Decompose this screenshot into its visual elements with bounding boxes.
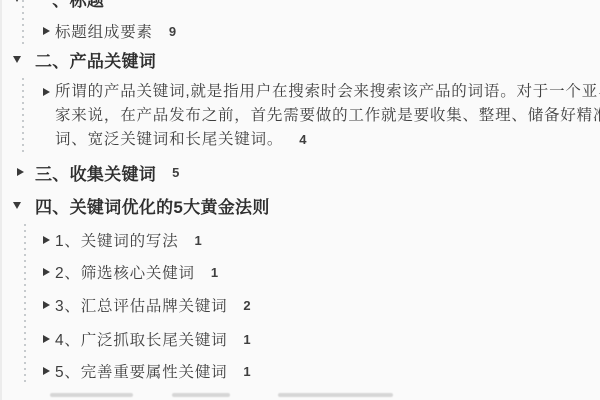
descendant-count-badge: 2: [243, 298, 250, 313]
heading-text[interactable]: 四、关键词优化的5大黄金法则: [35, 193, 270, 218]
heading-text[interactable]: 一、标题: [35, 0, 104, 11]
expand-arrow-icon[interactable]: [43, 27, 55, 35]
expand-arrow-icon[interactable]: [43, 88, 55, 96]
descendant-count-badge: 1: [195, 233, 202, 248]
heading-text[interactable]: 二、产品关键词: [35, 47, 156, 72]
outline-heading-section-1[interactable]: 一、标题: [13, 0, 104, 10]
collapse-toggle-icon[interactable]: [13, 0, 35, 2]
expand-arrow-icon[interactable]: [43, 236, 55, 244]
outline-heading-section-4[interactable]: 四、关键词优化的5大黄金法则: [13, 193, 270, 217]
outline-item-rule-1[interactable]: 1、关键词的写法 1: [43, 228, 202, 252]
outline-heading-section-3[interactable]: 三、收集关键词 5: [13, 160, 179, 184]
clipped-bottom-text-fragment: [172, 393, 230, 397]
expand-arrow-icon[interactable]: [43, 335, 55, 343]
outline-note-paragraph[interactable]: 所谓的产品关键词,就是指用户在搜索时会来搜索该产品的词语。对于一个亚马 家来说，…: [43, 80, 600, 152]
collapse-toggle-icon[interactable]: [13, 56, 35, 63]
clipped-bottom-text-fragment: [50, 393, 133, 397]
item-text[interactable]: 3、汇总评估品牌关键词: [55, 294, 227, 316]
expand-arrow-icon[interactable]: [43, 367, 55, 375]
descendant-count-badge: 4: [299, 132, 306, 147]
outline-item-title-elements[interactable]: 标题组成要素 9: [43, 19, 176, 43]
note-line[interactable]: 词、宽泛关键词和长尾关键词。4: [55, 128, 600, 152]
descendant-count-badge: 1: [243, 364, 250, 379]
item-text[interactable]: 5、完善重要属性关健词: [55, 360, 227, 382]
outline-item-rule-4[interactable]: 4、广泛抓取长尾关键词 1: [43, 327, 251, 351]
descendant-count-badge: 5: [172, 165, 179, 180]
descendant-count-badge: 1: [211, 265, 218, 280]
outline-heading-section-2[interactable]: 二、产品关键词: [13, 47, 156, 71]
outline-item-rule-3[interactable]: 3、汇总评估品牌关键词 2: [43, 293, 251, 317]
expand-arrow-icon[interactable]: [43, 268, 55, 276]
indent-guide-line: [22, 78, 24, 152]
indent-guide-line: [24, 224, 26, 386]
descendant-count-badge: 1: [243, 332, 250, 347]
collapse-toggle-icon[interactable]: [13, 202, 35, 209]
item-text[interactable]: 4、广泛抓取长尾关键词: [55, 328, 227, 350]
item-text[interactable]: 1、关键词的写法: [55, 229, 179, 251]
descendant-count-badge: 9: [169, 24, 176, 39]
clipped-bottom-text-fragment: [278, 393, 393, 397]
expand-arrow-icon[interactable]: [13, 168, 35, 176]
item-text[interactable]: 标题组成要素: [55, 20, 153, 42]
note-line[interactable]: 家来说，在产品发布之前，首先需要做的工作就是要收集、整理、储备好精准关: [55, 104, 600, 128]
page-edge-divider: [0, 0, 2, 400]
outline-item-rule-5[interactable]: 5、完善重要属性关健词 1: [43, 359, 251, 383]
note-line[interactable]: 所谓的产品关键词,就是指用户在搜索时会来搜索该产品的词语。对于一个亚马: [55, 80, 600, 104]
heading-text[interactable]: 三、收集关键词: [35, 160, 156, 185]
expand-arrow-icon[interactable]: [43, 301, 55, 309]
item-text[interactable]: 2、筛选核心关健词: [55, 261, 195, 283]
outline-item-rule-2[interactable]: 2、筛选核心关健词 1: [43, 260, 218, 284]
outline-document: 一、标题 标题组成要素 9 二、产品关键词 所谓的产品关键词,就是指用户在搜索时…: [0, 0, 600, 400]
